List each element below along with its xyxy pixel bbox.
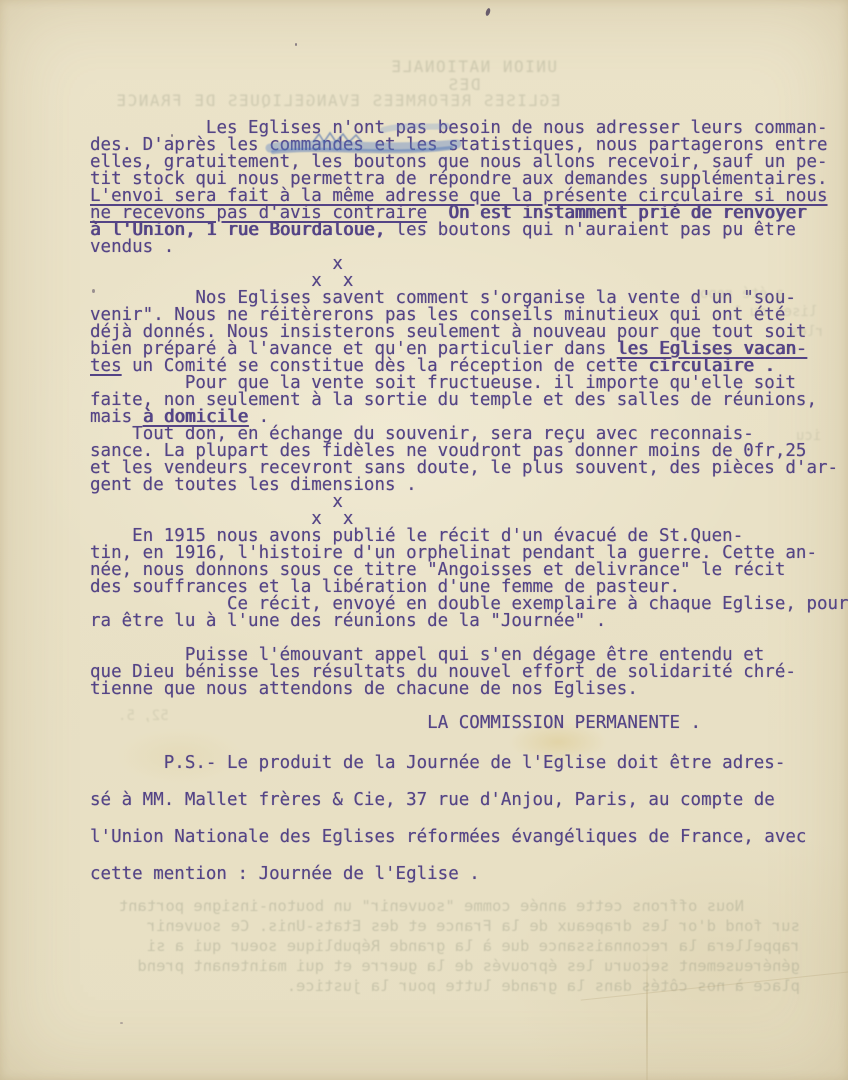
scanned-typewritten-letter: UNION NATIONALEDESEGLISES REFORMEES EVAN…	[0, 0, 848, 1080]
ghost-paragraph-bleedthrough: Nous offrons cette année comme "souvenir…	[56, 896, 800, 996]
ink-speck	[92, 289, 95, 293]
text-line: cette mention : Journée de l'Eglise .	[90, 856, 806, 893]
paper-crease	[646, 948, 648, 1080]
text-segment: P.S.- Le produit de la Journée de l'Egli…	[164, 753, 786, 773]
ink-speck	[295, 43, 297, 46]
ghost-line: généreusement secouru les éprouvés de la…	[56, 956, 800, 976]
text-segment: les boutons qui n'auraient pas pu être	[385, 220, 796, 240]
letter-postscript: P.S.- Le produit de la Journée de l'Egli…	[90, 745, 806, 893]
ink-speck	[171, 134, 173, 137]
text-segment: ra être lu à l'une des réunions de la "J…	[90, 611, 606, 631]
text-line: à l'Union, 1 rue Bourdaloue, les boutons…	[90, 222, 848, 239]
text-segment: tienne que nous attendons de chacune de …	[90, 679, 638, 699]
text-line: l'Union Nationale des Eglises réformées …	[90, 819, 806, 856]
ghost-heading-line: EGLISES REFORMEES EVANGELIQUES DE FRANCE	[115, 91, 560, 110]
text-line: P.S.- Le produit de la Journée de l'Egli…	[90, 745, 806, 782]
text-line: tienne que nous attendons de chacune de …	[90, 681, 848, 698]
text-line: sé à MM. Mallet frères & Cie, 37 rue d'A…	[90, 782, 806, 819]
ghost-fragment: 52, 5.	[118, 708, 169, 724]
letter-body: Les Eglises n'ont pas besoin de nous adr…	[90, 120, 848, 732]
text-segment: cette mention : Journée de l'Eglise .	[90, 864, 480, 884]
ghost-fragment: rles	[790, 324, 824, 340]
ghost-line: rappellera la reconnaissance due à la gr…	[56, 936, 800, 956]
ghost-line: sur fond d'or les drapeaux de la France …	[56, 916, 800, 936]
text-segment: LA COMMISSION PERMANENTE .	[427, 713, 701, 733]
ghost-fragment: a été repo	[700, 286, 784, 302]
ghost-heading-line: UNION NATIONALE	[390, 57, 557, 76]
ghost-fragment: icu	[796, 428, 821, 444]
text-line: LA COMMISSION PERMANENTE .	[90, 715, 848, 732]
text-line: ra être lu à l'une des réunions de la "J…	[90, 613, 848, 630]
ghost-line: place à nos côtés dans la grande lutte p…	[56, 976, 800, 996]
text-segment: l'Union Nationale des Eglises réformées …	[90, 827, 806, 847]
text-segment: sé à MM. Mallet frères & Cie, 37 rue d'A…	[90, 790, 775, 810]
ink-speck	[120, 1022, 123, 1024]
ink-speck	[485, 8, 491, 17]
ghost-line: Nous offrons cette année comme "souvenir…	[56, 896, 800, 916]
blue-ink-annotation	[255, 118, 485, 168]
ghost-fragment: lises du 1	[733, 304, 817, 320]
